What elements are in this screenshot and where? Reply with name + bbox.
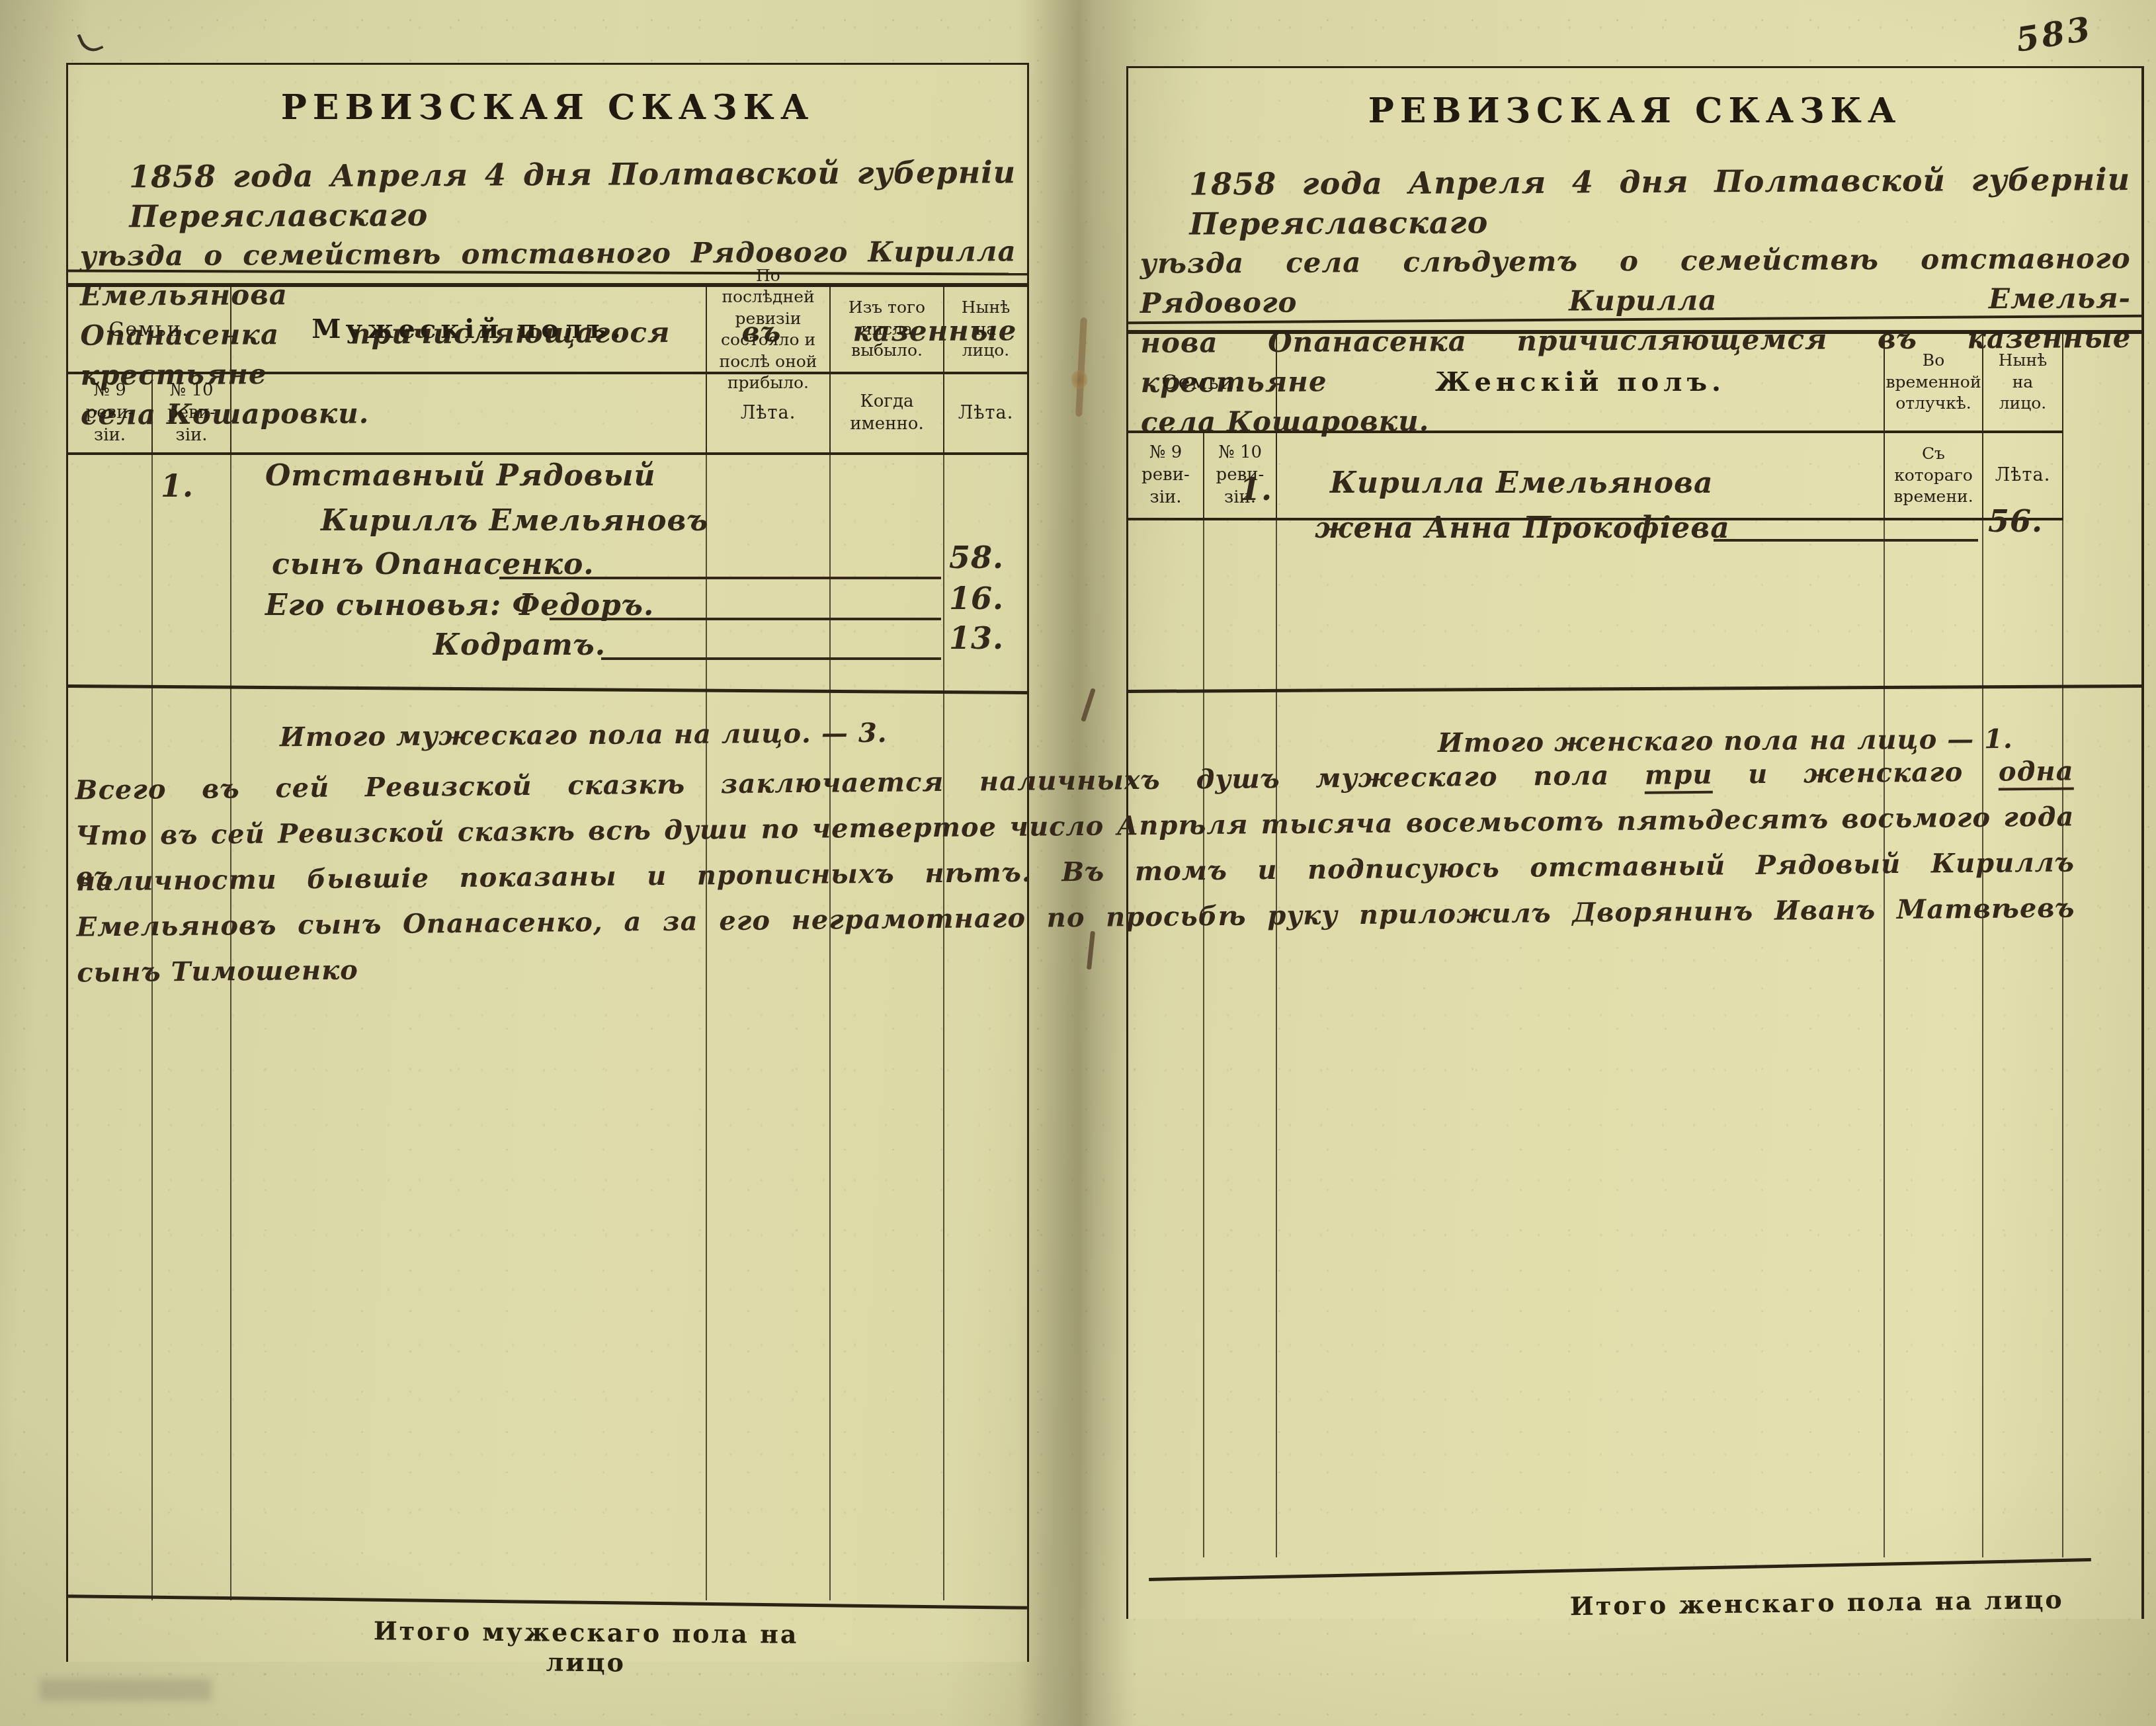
page-number: 583 (2013, 9, 2095, 59)
census-table-header: Семьи. Мужескій полъ. По послѣдней ревиз… (68, 283, 1027, 455)
column-rules (1128, 516, 2141, 1557)
leader-line (601, 657, 941, 660)
attestation-paragraph: Всего въ сей Ревизской сказкѣ заключаетс… (75, 751, 2075, 999)
footer-label: Итого мужескаго пола на лицо (337, 1616, 836, 1680)
leader-line (499, 577, 941, 579)
column-rule (1276, 516, 1277, 1557)
header-cell-since-when: Съ котораго времени. (1885, 433, 1983, 520)
attestation-underlined-count: одна (1999, 756, 2074, 791)
header-cell-present: Нынѣ на лицо. (1983, 334, 2063, 433)
header-cell-rev9: № 9 реви­зіи. (68, 374, 153, 452)
entry-family-number: 1. (1239, 472, 1272, 507)
attestation-text: и женскаго (1712, 757, 1999, 790)
header-cell-years-last: Лѣта. (707, 374, 831, 452)
paper-smudge (40, 1678, 212, 1701)
header-cell-blank (231, 374, 707, 452)
entry-age: 58. (949, 540, 1004, 575)
column-rule (2062, 516, 2063, 1557)
entry-age: 16. (949, 581, 1004, 616)
ink-squiggle-mark (77, 28, 103, 56)
entry-line: жена Анна Прокофіева (1315, 511, 1730, 545)
entry-line: Кирилла Емельянова (1330, 466, 1713, 500)
leader-line (1714, 539, 1978, 542)
header-cell-rev10: № 10 реви­зіи. (153, 374, 231, 452)
column-rule (1982, 516, 1983, 1557)
column-rule (151, 448, 153, 1600)
header-cell-absence: Во временной отлучкѣ. (1885, 334, 1983, 433)
header-cell-gender-male: Мужескій полъ. (231, 287, 707, 374)
summary-line: Итого мужескаго пола на лицо. — 3. (280, 718, 888, 753)
header-cell-present: Нынѣ на лицо. (944, 287, 1027, 374)
header-cell-family: Семьи. (1128, 334, 1277, 433)
intro-line: уѣзда села слѣдуетъ о семействѣ отставно… (1140, 239, 2132, 323)
header-cell-rev9: № 9 реви­зіи. (1128, 433, 1204, 520)
header-cell-departed: Изъ того числа выбыло. (831, 287, 944, 374)
page-title: РЕВИЗСКАЯ СКАЗКА (1128, 91, 2141, 131)
column-rule (706, 448, 707, 1600)
page-title: РЕВИЗСКАЯ СКАЗКА (68, 87, 1027, 128)
footer-label: Итого женскаго пола на лицо (1554, 1584, 2081, 1621)
entry-line: Кириллъ Емельяновъ (321, 504, 708, 538)
header-cell-when-exactly: Когда именно. (831, 374, 944, 452)
header-cell-last-revision: По послѣдней ревизіи состояло и послѣ он… (707, 287, 831, 374)
intro-line: 1858 года Апреля 4 дня Полтавской губерн… (1140, 159, 2131, 244)
header-margin (2063, 334, 2141, 520)
entry-line: Отставный Рядовый (265, 459, 656, 493)
entry-age: 56. (1988, 503, 2043, 539)
intro-line: 1858 года Апреля 4 дня Полтавской губерн… (79, 152, 1016, 236)
binding-stain-blob (1071, 370, 1087, 389)
entry-family-number: 1. (161, 468, 194, 504)
column-rule (829, 448, 831, 1600)
leader-line (550, 618, 941, 620)
header-cell-family: Семьи. (68, 287, 231, 374)
document-scan: { "page_number": "583", "left_page": { "… (0, 0, 2156, 1726)
column-rule (1203, 516, 1204, 1557)
attestation-underlined-count: три (1645, 759, 1713, 794)
entry-age: 13. (949, 620, 1004, 656)
column-rule (943, 448, 944, 1600)
column-rule (1884, 516, 1885, 1557)
header-cell-gender-female: Женскій полъ. (1277, 334, 1885, 433)
header-cell-years-now: Лѣта. (944, 374, 1027, 452)
column-rule (230, 448, 231, 1600)
bottom-rule (1149, 1558, 2091, 1581)
entry-line: Кодратъ. (433, 628, 606, 662)
